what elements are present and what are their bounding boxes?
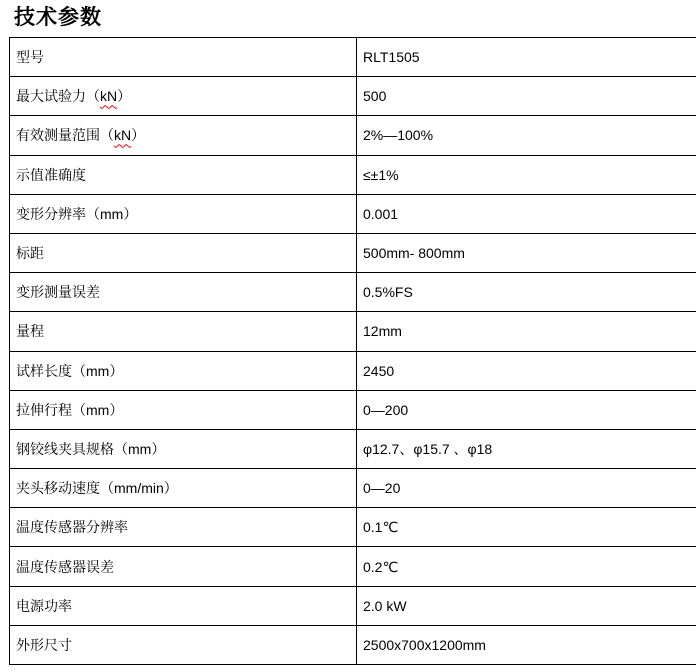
value-cell: RLT1505 (357, 38, 696, 77)
table-row: 变形测量误差 0.5%FS (10, 273, 696, 312)
spec-table-body: 型号 RLT1505 最大试验力（kN） 500 有效测量范围（kN） 2%—1… (10, 38, 696, 665)
value-cell: 0.1℃ (357, 508, 696, 547)
spellcheck-underline: kN (100, 88, 117, 104)
value-cell: ≤±1% (357, 155, 696, 194)
table-row: 标距 500mm- 800mm (10, 233, 696, 272)
page: 技术参数 型号 RLT1505 最大试验力（kN） 500 有效测量范围（kN）… (0, 0, 696, 672)
value-cell: φ12.7、φ15.7 、φ18 (357, 429, 696, 468)
value-cell: 0.2℃ (357, 547, 696, 586)
spellcheck-underline: kN (114, 127, 131, 143)
table-row: 变形分辨率（mm） 0.001 (10, 194, 696, 233)
table-row: 示值准确度 ≤±1% (10, 155, 696, 194)
param-cell: 温度传感器误差 (10, 547, 357, 586)
value-cell: 500mm- 800mm (357, 233, 696, 272)
value-cell: 2.0 kW (357, 586, 696, 625)
param-cell: 钢铰线夹具规格（mm） (10, 429, 357, 468)
table-row: 拉伸行程（mm） 0—200 (10, 390, 696, 429)
table-row: 夹头移动速度（mm/min） 0—20 (10, 469, 696, 508)
param-cell: 试样长度（mm） (10, 351, 357, 390)
param-cell: 标距 (10, 233, 357, 272)
param-cell: 量程 (10, 312, 357, 351)
param-cell: 变形分辨率（mm） (10, 194, 357, 233)
table-row: 量程 12mm (10, 312, 696, 351)
value-cell: 0.5%FS (357, 273, 696, 312)
param-cell: 电源功率 (10, 586, 357, 625)
param-cell: 型号 (10, 38, 357, 77)
param-cell: 有效测量范围（kN） (10, 116, 357, 155)
table-row: 外形尺寸 2500x700x1200mm (10, 625, 696, 664)
table-row: 最大试验力（kN） 500 (10, 77, 696, 116)
spec-table: 型号 RLT1505 最大试验力（kN） 500 有效测量范围（kN） 2%—1… (9, 37, 696, 665)
table-row: 电源功率 2.0 kW (10, 586, 696, 625)
value-cell: 2%—100% (357, 116, 696, 155)
param-cell: 最大试验力（kN） (10, 77, 357, 116)
param-cell: 示值准确度 (10, 155, 357, 194)
page-title: 技术参数 (14, 6, 696, 30)
value-cell: 0.001 (357, 194, 696, 233)
table-row: 温度传感器误差 0.2℃ (10, 547, 696, 586)
value-cell: 0—200 (357, 390, 696, 429)
param-cell: 拉伸行程（mm） (10, 390, 357, 429)
table-row: 钢铰线夹具规格（mm） φ12.7、φ15.7 、φ18 (10, 429, 696, 468)
table-row: 试样长度（mm） 2450 (10, 351, 696, 390)
table-row: 温度传感器分辨率 0.1℃ (10, 508, 696, 547)
value-cell: 2450 (357, 351, 696, 390)
param-cell: 变形测量误差 (10, 273, 357, 312)
param-cell: 温度传感器分辨率 (10, 508, 357, 547)
table-row: 型号 RLT1505 (10, 38, 696, 77)
param-cell: 外形尺寸 (10, 625, 357, 664)
value-cell: 0—20 (357, 469, 696, 508)
table-row: 有效测量范围（kN） 2%—100% (10, 116, 696, 155)
value-cell: 12mm (357, 312, 696, 351)
value-cell: 500 (357, 77, 696, 116)
value-cell: 2500x700x1200mm (357, 625, 696, 664)
param-cell: 夹头移动速度（mm/min） (10, 469, 357, 508)
